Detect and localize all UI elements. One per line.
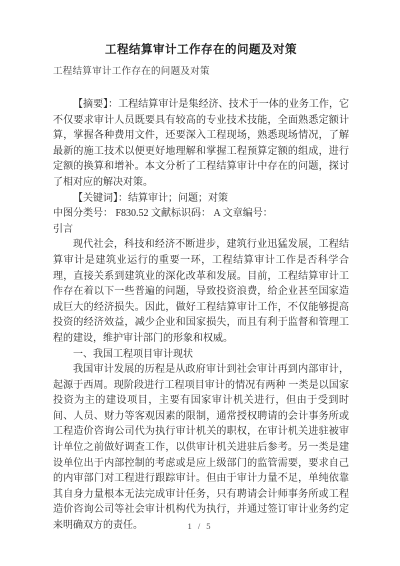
intro-paragraph: 现代社会，科技和经济不断进步，建筑行业迅猛发展，工程结算审计是建筑业运行的重要一… bbox=[53, 237, 349, 346]
abstract-paragraph: 【摘要】：工程结算审计是集经济、技术于一体的业务工作，它不仅要求审计人员既要具有… bbox=[53, 97, 349, 191]
page-number: 1 / 5 bbox=[0, 521, 400, 531]
document-title: 工程结算审计工作存在的问题及对策 bbox=[53, 43, 349, 58]
keywords-line: 【关键词】：结算审计；问题；对策 bbox=[53, 191, 349, 207]
document-subtitle: 工程结算审计工作存在的问题及对策 bbox=[53, 66, 349, 79]
classification-meta-line: 中图分类号： F830.52 文献标识码： A 文章编号： bbox=[53, 206, 349, 222]
document-content: 工程结算审计工作存在的问题及对策 工程结算审计工作存在的问题及对策 【摘要】：工… bbox=[53, 43, 349, 534]
section1-heading: 一、我国工程项目审计现状 bbox=[53, 347, 349, 363]
document-body: 【摘要】：工程结算审计是集经济、技术于一体的业务工作，它不仅要求审计人员既要具有… bbox=[53, 97, 349, 534]
section1-paragraph: 我国审计发展的历程是从政府审计到社会审计再到内部审计，起源于西周。现阶段进行工程… bbox=[53, 362, 349, 534]
document-page: 工程结算审计工作存在的问题及对策 工程结算审计工作存在的问题及对策 【摘要】：工… bbox=[0, 0, 400, 566]
intro-heading: 引言 bbox=[53, 222, 349, 238]
